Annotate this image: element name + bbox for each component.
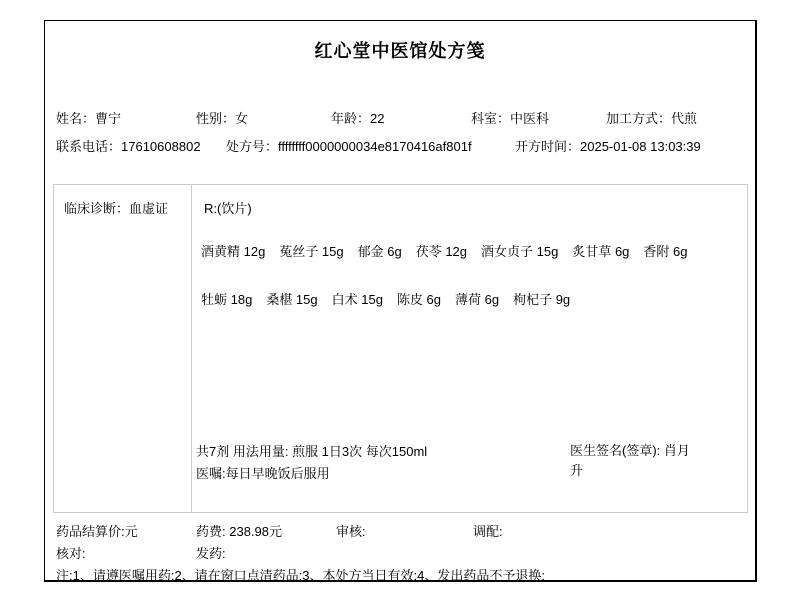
herb-item: 菟丝子 15g	[279, 244, 343, 259]
department-value: 中医科	[510, 111, 549, 126]
check-field: 核对:	[56, 543, 86, 562]
prescription-box: 临床诊断：血虚证 R:(饮片) 酒黄精 12g菟丝子 15g郁金 6g茯苓 12…	[53, 184, 748, 513]
herb-item: 炙甘草 6g	[572, 244, 629, 259]
issue-drug-field: 发药:	[196, 543, 226, 562]
diagnosis-value: 血虚证	[129, 201, 168, 216]
rp-header: R:(饮片)	[204, 198, 252, 217]
department-label: 科室：	[471, 111, 510, 126]
department-field: 科室：中医科	[471, 108, 549, 127]
dispense-field: 调配:	[473, 521, 503, 540]
issue-time-field: 开方时间：2025-01-08 13:03:39	[515, 136, 701, 155]
medicines-panel: R:(饮片) 酒黄精 12g菟丝子 15g郁金 6g茯苓 12g酒女贞子 15g…	[192, 185, 747, 512]
processing-method-label: 加工方式：	[606, 111, 671, 126]
herb-item: 香附 6g	[643, 244, 687, 259]
medicine-fee-value: 238.98元	[229, 524, 282, 539]
herb-item: 桑椹 15g	[266, 292, 317, 307]
patient-age-label: 年龄：	[331, 111, 370, 126]
herb-line: 酒黄精 12g菟丝子 15g郁金 6g茯苓 12g酒女贞子 15g炙甘草 6g香…	[201, 241, 701, 260]
herb-item: 薄荷 6g	[455, 292, 499, 307]
medicine-fee-label: 药费:	[196, 524, 229, 539]
processing-method-value: 代煎	[671, 111, 697, 126]
herb-line: 牡蛎 18g桑椹 15g白术 15g陈皮 6g薄荷 6g枸杞子 9g	[201, 289, 584, 308]
issue-time-label: 开方时间：	[515, 139, 580, 154]
herb-item: 郁金 6g	[358, 244, 402, 259]
settlement-price-label: 药品结算价:	[56, 524, 125, 539]
prescription-number-label: 处方号：	[226, 139, 278, 154]
herb-item: 茯苓 12g	[416, 244, 467, 259]
doctor-order-line: 医嘱:每日早晚饭后服用	[196, 463, 427, 485]
herb-item: 牡蛎 18g	[201, 292, 252, 307]
patient-name-field: 姓名：曹宁	[56, 108, 121, 127]
page-title: 红心堂中医馆处方笺	[45, 37, 755, 63]
doctor-signature-block: 医生签名(签章): 肖月升	[570, 441, 702, 481]
review-field: 审核:	[336, 521, 366, 540]
herb-item: 陈皮 6g	[397, 292, 441, 307]
patient-age-field: 年龄：22	[331, 108, 384, 127]
contact-phone-value: 17610608802	[121, 139, 201, 154]
herb-item: 酒黄精 12g	[201, 244, 265, 259]
usage-line: 共7剂 用法用量: 煎服 1日3次 每次150ml	[196, 441, 427, 463]
medicine-fee-field: 药费: 238.98元	[196, 521, 282, 540]
patient-sex-value: 女	[235, 111, 248, 126]
prescription-number-field: 处方号：ffffffff0000000034e8170416af801f	[226, 136, 472, 155]
issue-time-value: 2025-01-08 13:03:39	[580, 139, 701, 154]
herb-item: 白术 15g	[332, 292, 383, 307]
patient-name-value: 曹宁	[95, 111, 121, 126]
settlement-price-field: 药品结算价:元	[56, 521, 138, 540]
processing-method-field: 加工方式：代煎	[606, 108, 697, 127]
settlement-price-unit: 元	[125, 524, 138, 539]
diagnosis-panel: 临床诊断：血虚证	[54, 185, 192, 512]
patient-age-value: 22	[370, 111, 384, 126]
prescription-sheet: 红心堂中医馆处方笺 姓名：曹宁 性别：女 年龄：22 科室：中医科 加工方式：代…	[44, 20, 757, 582]
usage-block: 共7剂 用法用量: 煎服 1日3次 每次150ml 医嘱:每日早晚饭后服用	[196, 441, 427, 485]
prescription-number-value: ffffffff0000000034e8170416af801f	[278, 139, 472, 154]
doctor-signature-label: 医生签名(签章):	[570, 443, 664, 458]
note-line: 注:1、请遵医嘱用药;2、请在窗口点清药品;3、本处方当日有效;4、发出药品不予…	[56, 565, 545, 584]
patient-sex-field: 性别：女	[196, 108, 248, 127]
patient-sex-label: 性别：	[196, 111, 235, 126]
contact-phone-label: 联系电话：	[56, 139, 121, 154]
diagnosis-label: 临床诊断：	[64, 201, 129, 216]
herb-item: 酒女贞子 15g	[481, 244, 558, 259]
patient-name-label: 姓名：	[56, 111, 95, 126]
contact-phone-field: 联系电话：17610608802	[56, 136, 201, 155]
herb-item: 枸杞子 9g	[513, 292, 570, 307]
